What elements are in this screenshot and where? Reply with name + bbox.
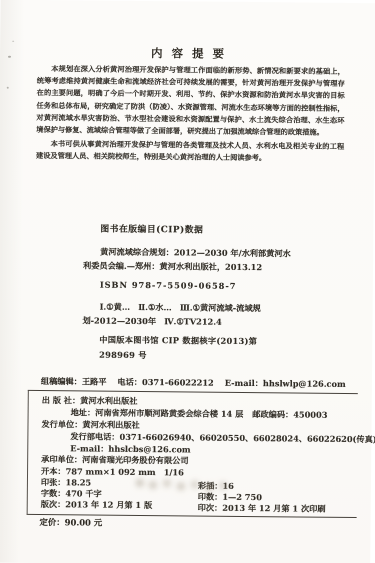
print-run-value: 1—2 750 <box>222 492 262 503</box>
editor-name: 王路平 <box>82 376 107 386</box>
intro-paragraph: 本书可供从事黄河治理开发保护与管理的各类管理及技术人员、水利水电及相关专业的工程… <box>36 138 344 165</box>
phone-pair: 电话：0371-66022212 <box>117 377 213 389</box>
editor-label: 组稿编辑： <box>41 376 82 386</box>
scan-speck <box>8 56 11 58</box>
price-value: 90.00 元 <box>65 516 103 528</box>
editor-pair: 组稿编辑：王路平 <box>41 376 107 388</box>
address-label: 地址： <box>71 407 96 417</box>
publisher-email-label: E-mail： <box>70 443 108 454</box>
word-count-value: 470 千字 <box>65 488 101 499</box>
acquisition-editor-line: 组稿编辑：王路平 电话：0371-66022212 E-mail：hhslwlp… <box>41 376 361 390</box>
colophon-table: 出 版 社： 黄河水利出版社 地址：河南省郑州市顺河路黄委会综合楼 14 层 邮… <box>27 390 358 518</box>
phone-label: 电话： <box>117 377 142 387</box>
publisher-name: 黄河水利出版社 <box>80 395 137 407</box>
printer-label: 承印单位： <box>41 454 82 465</box>
print-run-label: 印数： <box>198 492 223 503</box>
sheets-row: 印张： 18.25 <box>41 477 91 488</box>
cip-section: 图书在版编目(CIP)数据 黄河流域综合规划：2012—2030 年/水利部黄河… <box>82 222 295 363</box>
word-count-row: 字数： 470 千字 <box>41 488 102 500</box>
phone-number: 0371-66022212 <box>142 377 214 388</box>
sheets-value: 18.25 <box>65 477 91 488</box>
printer-name: 河南省瑞光印务股份有限公司 <box>82 454 189 466</box>
sheets-label: 印张： <box>41 477 66 488</box>
impression-value: 2013 年 12 月第 1 次印刷 <box>222 503 325 515</box>
distributor-name: 黄河水利出版社 <box>82 419 139 431</box>
format-label: 开本： <box>41 466 66 477</box>
price-row: 定价： 90.00 元 <box>40 516 103 529</box>
cip-header: 图书在版编目(CIP)数据 <box>100 223 295 239</box>
publisher-email-value: hhslcbs@126.com <box>108 444 190 456</box>
word-count-label: 字数： <box>41 488 66 499</box>
scan-speck <box>12 41 14 42</box>
edition-value: 2013 年 12 月第 1 版 <box>65 499 152 511</box>
summary-title: 内容提要 <box>0 44 375 64</box>
cip-isbn: ISBN 978-7-5509-0658-7 <box>100 277 295 293</box>
email-address: hhslwlp@126.com <box>263 378 346 389</box>
impression-row: 印次： 2013 年 12 月第 1 次印刷 <box>198 503 326 515</box>
distributor-row: 发行单位： 黄河水利出版社 <box>41 419 139 431</box>
plates-value: 16 <box>222 481 234 492</box>
print-run-row: 印数： 1—2 750 <box>198 492 262 504</box>
publisher-label: 出 版 社： <box>42 395 81 406</box>
postcode-label: 邮政编码： <box>252 409 293 419</box>
scanned-page: 内容提要 本规划在深入分析黄河治理开发保护与管理工作面临的新形势、新情况和新要求… <box>0 0 375 563</box>
postcode-value: 450003 <box>293 409 327 419</box>
scan-speck <box>7 87 9 89</box>
plates-label: 彩插： <box>198 481 223 492</box>
edition-row: 版次： 2013 年 12 月第 1 版 <box>41 499 153 511</box>
cip-classification: Ⅰ.①黄… Ⅱ.①水… Ⅲ.①黄河流域-流域规划-2012—2030年 Ⅳ.①T… <box>82 299 294 329</box>
printer-row: 承印单位： 河南省瑞光印务股份有限公司 <box>41 454 189 466</box>
postcode-group: 邮政编码：450003 <box>252 409 327 421</box>
distribution-phone-label: 发行部电话： <box>70 431 119 442</box>
publisher-row: 出 版 社： 黄河水利出版社 <box>42 395 138 407</box>
email-pair: E-mail：hhslwlp@126.com <box>225 378 346 390</box>
ink-bleedthrough-smudge <box>136 479 144 487</box>
plates-row: 彩插： 16 <box>198 481 234 492</box>
price-label: 定价： <box>40 516 65 528</box>
edition-label: 版次： <box>41 499 66 510</box>
email-label: E-mail： <box>225 378 263 388</box>
cip-record-number: 中国版本图书馆 CIP 数据核字(2013)第 298969 号 <box>99 333 294 364</box>
distributor-label: 发行单位： <box>41 419 82 430</box>
cip-entry: 黄河流域综合规划：2012—2030 年/水利部黄河水利委员会编.—郑州：黄河水… <box>83 244 295 275</box>
address-value: 河南省郑州市顺河路黄委会综合楼 14 层 <box>95 408 243 419</box>
summary-section: 本规划在深入分析黄河治理开发保护与管理工作面临的新形势、新情况和新要求的基础上，… <box>36 63 345 168</box>
address-group: 地址：河南省郑州市顺河路黄委会综合楼 14 层 <box>71 407 244 420</box>
intro-paragraph: 本规划在深入分析黄河治理开发保护与管理工作面临的新形势、新情况和新要求的基础上，… <box>36 63 345 139</box>
impression-label: 印次： <box>198 503 223 514</box>
